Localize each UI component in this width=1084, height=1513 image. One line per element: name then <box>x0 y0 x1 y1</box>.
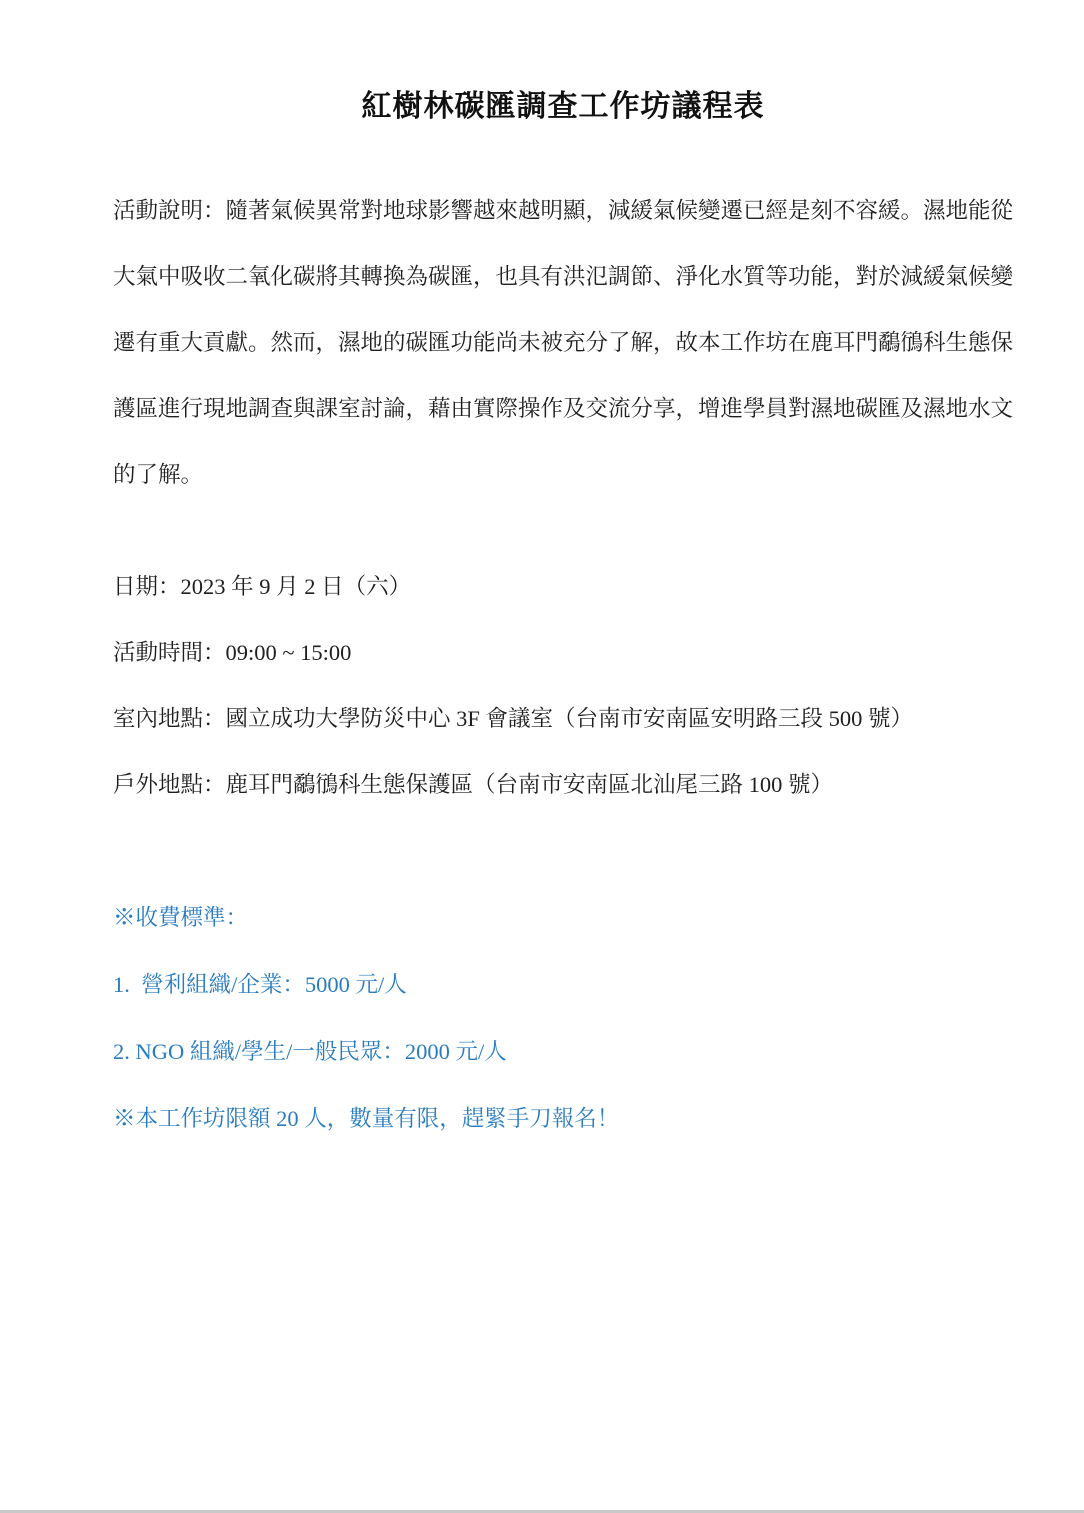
document-page: 紅樹林碳匯調查工作坊議程表 活動說明：隨著氣候異常對地球影響越來越明顯，減緩氣候… <box>0 0 1084 1513</box>
info-line-outdoor-location: 戶外地點：鹿耳門鷸鴴科生態保護區（台南市安南區北汕尾三路 100 號） <box>113 752 1013 818</box>
document-title: 紅樹林碳匯調查工作坊議程表 <box>113 88 1013 126</box>
fee-limit-note: ※本工作坊限額 20 人，數量有限，趕緊手刀報名！ <box>113 1085 1013 1152</box>
document-content: 紅樹林碳匯調查工作坊議程表 活動說明：隨著氣候異常對地球影響越來越明顯，減緩氣候… <box>0 0 1084 1152</box>
fee-item-ngo-student: 2. NGO 組織/學生/一般民眾：2000 元/人 <box>113 1018 1013 1085</box>
info-line-time: 活動時間：09:00 ~ 15:00 <box>113 620 1013 686</box>
fee-section: ※收費標準： 1. 營利組織/企業：5000 元/人 2. NGO 組織/學生/… <box>113 884 1013 1152</box>
event-info-block: 日期：2023 年 9 月 2 日（六） 活動時間：09:00 ~ 15:00 … <box>113 554 1013 818</box>
fee-item-profit-org: 1. 營利組織/企業：5000 元/人 <box>113 951 1013 1018</box>
activity-description: 活動說明：隨著氣候異常對地球影響越來越明顯，減緩氣候變遷已經是刻不容緩。濕地能從… <box>113 178 1013 508</box>
info-line-indoor-location: 室內地點：國立成功大學防災中心 3F 會議室（台南市安南區安明路三段 500 號… <box>113 686 1013 752</box>
fee-heading: ※收費標準： <box>113 884 1013 951</box>
info-line-date: 日期：2023 年 9 月 2 日（六） <box>113 554 1013 620</box>
